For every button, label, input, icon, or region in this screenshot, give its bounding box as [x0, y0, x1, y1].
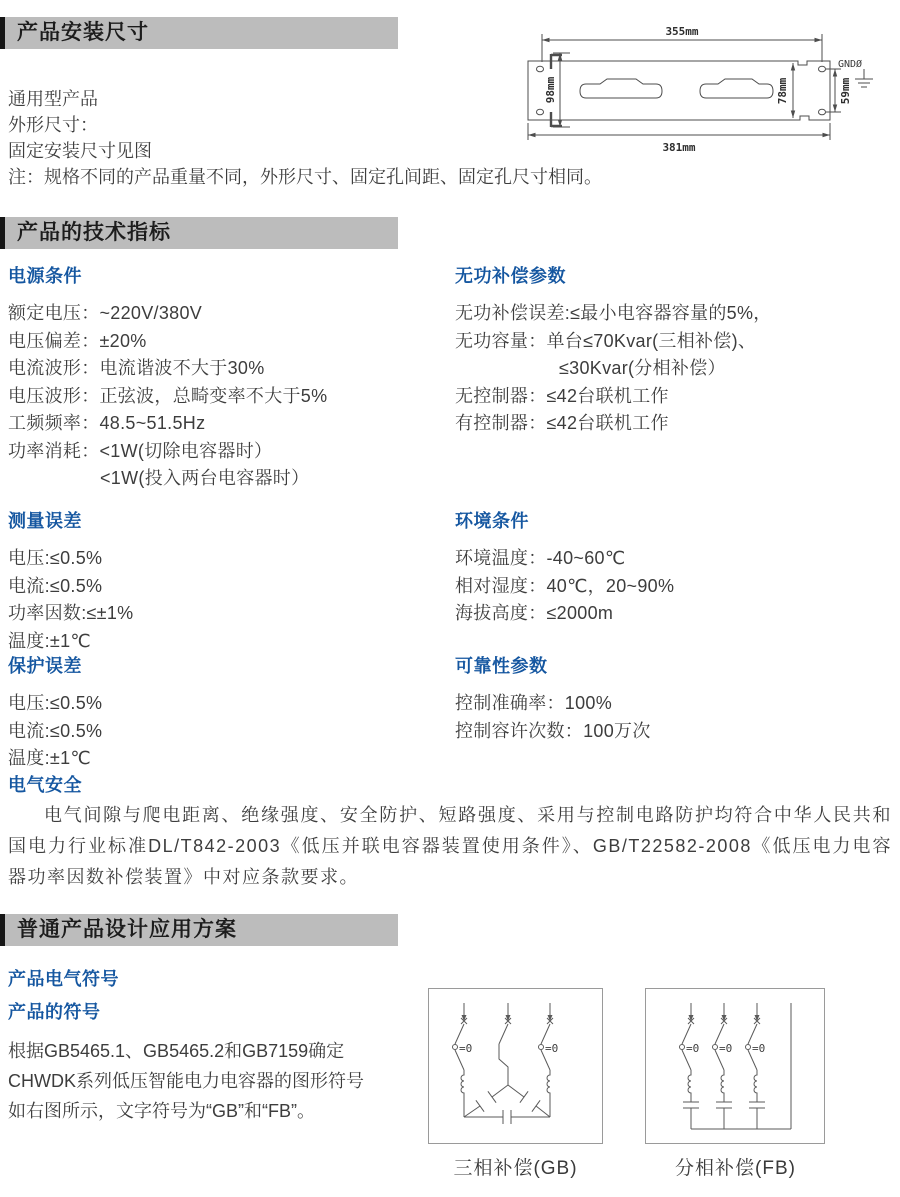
arrow-down-icon	[506, 1015, 511, 1021]
spec-line: 额定电压：~220V/380V	[8, 300, 327, 328]
section-header-install-dimensions: 产品安装尺寸	[0, 17, 398, 49]
electrical-safety-paragraph: 电气间隙与爬电距离、绝缘强度、安全防护、短路强度、采用与控制电路防护均符合中华人…	[8, 800, 892, 893]
figure-caption-gb: 三相补偿(GB)	[418, 1153, 613, 1180]
spec-group-reactive: 无功补偿参数 无功补偿误差:≤最小电容器容量的5%， 无功容量：单台≤70Kva…	[455, 262, 772, 438]
spec-group-protection: 保护误差 电压:≤0.5% 电流:≤0.5% 温度:±1℃	[8, 652, 102, 773]
datasheet-page: 产品安装尺寸 355mm	[0, 0, 900, 1197]
spec-line: 温度:±1℃	[8, 628, 133, 656]
symbol-description-line: CHWDK系列低压智能电力电容器的图形符号	[8, 1066, 418, 1096]
spec-line: 有控制器：≤42台联机工作	[455, 410, 772, 438]
spec-line: 控制容许次数：100万次	[455, 718, 651, 746]
arrow-down-icon	[722, 1015, 727, 1021]
spec-group-heading: 环境条件	[455, 507, 674, 533]
arrow-down-icon	[689, 1015, 694, 1021]
gnd-label: GNDØ	[838, 58, 862, 70]
switch-state-label: =0	[545, 1042, 558, 1055]
dim-label-59: 59mm	[839, 77, 852, 104]
spec-line: 工频频率：48.5~51.5Hz	[8, 410, 327, 438]
switch-state-label: =0	[686, 1042, 699, 1055]
section-header-tech-specs: 产品的技术指标	[0, 217, 398, 249]
spec-line: 电流:≤0.5%	[8, 718, 102, 746]
arrow-down-icon	[548, 1015, 553, 1021]
dimension-355	[542, 34, 822, 62]
figure-caption-fb: 分相补偿(FB)	[638, 1153, 833, 1180]
spec-line: 功率因数:≤±1%	[8, 600, 133, 628]
switch-state-label: =0	[719, 1042, 732, 1055]
spec-line: 电压:≤0.5%	[8, 545, 133, 573]
section-header-application: 普通产品设计应用方案	[0, 914, 398, 946]
symbol-description-line: 如右图所示，文字符号为“GB”和“FB”。	[8, 1096, 418, 1126]
split-phase-circuit-diagram: =0 =0 =0	[646, 989, 824, 1143]
spec-line: 电流:≤0.5%	[8, 573, 133, 601]
dim-label-355: 355mm	[665, 25, 698, 38]
spec-line: 功率消耗：<1W(切除电容器时）	[8, 438, 327, 466]
subheading-electrical-symbol: 产品电气符号	[8, 965, 119, 991]
spec-line: 相对湿度：40℃，20~90%	[455, 573, 674, 601]
subheading-product-symbol: 产品的符号	[8, 998, 101, 1024]
spec-line: 环境温度：-40~60℃	[455, 545, 674, 573]
spec-line: 温度:±1℃	[8, 745, 102, 773]
spec-line: 无功容量：单台≤70Kvar(三相补偿)、	[455, 328, 772, 356]
spec-line: 无控制器：≤42台联机工作	[455, 383, 772, 411]
spec-group-environment: 环境条件 环境温度：-40~60℃ 相对湿度：40℃，20~90% 海拔高度：≤…	[455, 507, 674, 628]
electrical-safety-heading: 电气安全	[8, 771, 82, 797]
spec-line: ≤30Kvar(分相补偿）	[455, 355, 772, 383]
mounting-hole	[537, 66, 544, 72]
spec-group-reliability: 可靠性参数 控制准确率：100% 控制容许次数：100万次	[455, 652, 651, 745]
spec-line: 控制准确率：100%	[455, 690, 651, 718]
spec-line: 海拔高度：≤2000m	[455, 600, 674, 628]
spec-line: 无功补偿误差:≤最小电容器容量的5%，	[455, 300, 772, 328]
spec-line: <1W(投入两台电容器时）	[8, 465, 327, 493]
spec-group-measurement: 测量误差 电压:≤0.5% 电流:≤0.5% 功率因数:≤±1% 温度:±1℃	[8, 507, 133, 655]
section-title: 普通产品设计应用方案	[17, 918, 237, 941]
spec-line: 电压:≤0.5%	[8, 690, 102, 718]
switch-state-label: =0	[752, 1042, 765, 1055]
section-title: 产品的技术指标	[17, 221, 171, 244]
spec-group-heading: 可靠性参数	[455, 652, 651, 678]
spec-group-heading: 保护误差	[8, 652, 102, 678]
three-phase-circuit-diagram: =0 =0	[429, 989, 602, 1143]
install-note-line: 外形尺寸：	[8, 112, 788, 138]
spec-line: 电压偏差：±20%	[8, 328, 327, 356]
arrow-down-icon	[755, 1015, 760, 1021]
switch-state-label: =0	[459, 1042, 472, 1055]
figure-three-phase-gb: =0 =0	[428, 988, 603, 1144]
install-note-line: 注：规格不同的产品重量不同，外形尺寸、固定孔间距、固定孔尺寸相同。	[8, 164, 788, 190]
install-note-line: 通用型产品	[8, 86, 788, 112]
symbol-description-line: 根据GB5465.1、GB5465.2和GB7159确定	[8, 1036, 418, 1066]
spec-line: 电流波形：电流谐波不大于30%	[8, 355, 327, 383]
spec-group-power: 电源条件 额定电压：~220V/380V 电压偏差：±20% 电流波形：电流谐波…	[8, 262, 327, 493]
spec-group-heading: 测量误差	[8, 507, 133, 533]
symbol-description: 根据GB5465.1、GB5465.2和GB7159确定 CHWDK系列低压智能…	[8, 1036, 418, 1126]
install-note-line: 固定安装尺寸见图	[8, 138, 788, 164]
arrow-down-icon	[462, 1015, 467, 1021]
section-title: 产品安装尺寸	[17, 21, 149, 44]
spec-group-heading: 无功补偿参数	[455, 262, 772, 288]
figure-split-phase-fb: =0 =0 =0	[645, 988, 825, 1144]
mounting-hole	[819, 66, 826, 72]
install-notes: 通用型产品 外形尺寸： 固定安装尺寸见图 注：规格不同的产品重量不同，外形尺寸、…	[8, 86, 788, 190]
mounting-hole	[819, 109, 826, 115]
spec-line: 电压波形：正弦波，总畸变率不大于5%	[8, 383, 327, 411]
earth-ground-icon	[855, 69, 873, 87]
spec-group-heading: 电源条件	[8, 262, 327, 288]
